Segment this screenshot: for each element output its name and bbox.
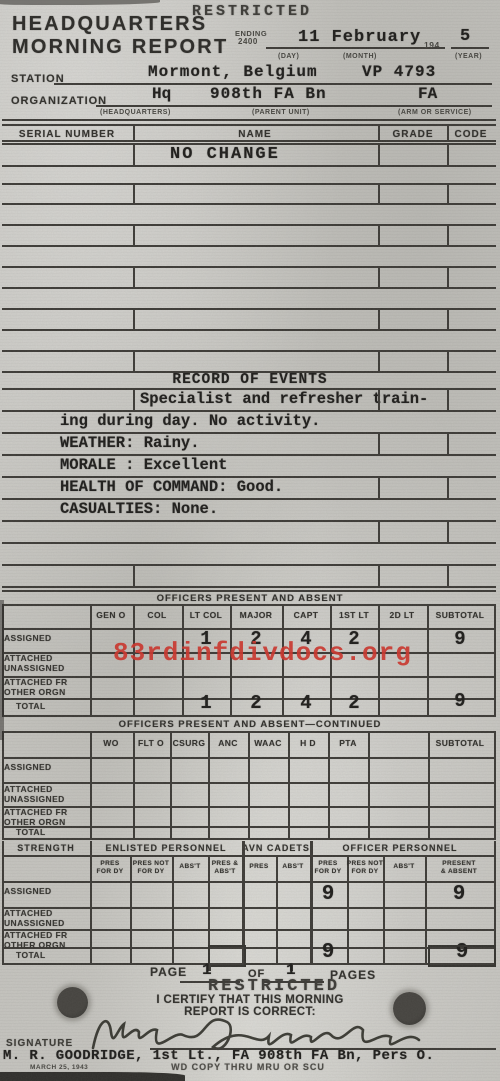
year-typed-field: 5 <box>460 27 470 46</box>
officers-col-lt-col: LT COL <box>190 611 222 620</box>
officers-col-col: COL <box>147 611 166 620</box>
org-arm-field: FA <box>418 85 437 103</box>
page-label: PAGE <box>150 965 187 979</box>
roster-entry: NO CHANGE <box>170 145 280 164</box>
officers-table-title: OFFICERS PRESENT AND ABSENT <box>157 593 344 604</box>
roster-col-serial: SERIAL NUMBER <box>19 129 115 140</box>
total-pres-abst-box <box>208 945 246 967</box>
roster-col-grade: GRADE <box>392 129 433 140</box>
officers-col-2d-lt: 2D LT <box>390 611 415 620</box>
form-title-line1: HEADQUARTERS <box>12 13 207 36</box>
enlisted-personnel-label: ENLISTED PERSONNEL <box>105 843 226 853</box>
org-parent-unit-field: 908th FA Bn <box>210 85 327 103</box>
total-subtotal-count: 9 <box>454 690 465 712</box>
events-line-1: Specialist and refresher train- <box>140 390 428 408</box>
roster-col-code: CODE <box>455 129 488 140</box>
scan-edge-bottom <box>0 1072 185 1081</box>
officers-row-assigned-label: ASSIGNED <box>4 634 52 644</box>
strength-assigned-off-pres-count: 9 <box>322 883 335 906</box>
officers-col-gen-o: GEN O <box>96 611 125 620</box>
officers2-col-flt-o: FLT O <box>138 739 164 748</box>
sub-col-enl-pres: PRES FOR DY <box>97 860 124 876</box>
strength-row-attached-label: ATTACHED UNASSIGNED <box>4 909 65 928</box>
officers2-row-assigned-label: ASSIGNED <box>4 763 52 773</box>
strength-row-total-label: TOTAL <box>16 951 46 961</box>
officers-col-capt: CAPT <box>294 611 319 620</box>
officers2-col-anc: ANC <box>218 739 238 748</box>
parent-unit-sublabel: (PARENT UNIT) <box>252 109 310 116</box>
officers-row-total-label: TOTAL <box>16 702 46 712</box>
year-printed: 194 <box>424 40 440 50</box>
assigned-subtotal-count: 9 <box>454 628 465 650</box>
strength-table: STRENGTH ENLISTED PERSONNEL AVN CADETS O… <box>0 841 500 968</box>
roster-col-name: NAME <box>238 129 271 140</box>
sub-col-off-pres-not: PRES NOT FOR DY <box>347 860 383 876</box>
form-title-line2: MORNING REPORT <box>12 36 228 59</box>
form-date: MARCH 25, 1943 <box>30 1064 88 1071</box>
events-line-3: WEATHER: Rainy. <box>60 434 200 452</box>
officer-personnel-label: OFFICER PERSONNEL <box>342 843 457 853</box>
total-major-count: 2 <box>250 692 261 714</box>
total-present-absent-box <box>428 945 496 967</box>
total-lt-col-count: 1 <box>200 692 211 714</box>
officers2-col-waac: WAAC <box>254 739 282 748</box>
day-label: (DAY) <box>278 53 299 60</box>
officers-col-major: MAJOR <box>240 611 273 620</box>
sub-col-enl-abst: ABS'T <box>179 863 200 871</box>
archive-watermark: 83rdinfdivdocs.org <box>113 638 412 668</box>
events-line-6: CASUALTIES: None. <box>60 500 218 518</box>
officers2-row-total-label: TOTAL <box>16 828 46 838</box>
officers2-col-csurg: CSURG <box>173 739 206 748</box>
sub-col-cadet-abst: ABS'T <box>282 863 303 871</box>
events-line-5: HEALTH OF COMMAND: Good. <box>60 478 283 496</box>
officers2-row-attached-fr-label: ATTACHED FR OTHER ORGN <box>4 808 68 827</box>
events-line-4: MORALE : Excellent <box>60 456 227 474</box>
officers-row-attached-fr-label: ATTACHED FR OTHER ORGN <box>4 678 68 697</box>
punch-hole-left <box>57 987 88 1018</box>
officers2-row-attached-label: ATTACHED UNASSIGNED <box>4 785 65 804</box>
avn-cadets-label: AVN CADETS <box>242 843 310 853</box>
arm-sublabel: (ARM OR SERVICE) <box>398 109 472 116</box>
restricted-stamp-top: RESTRICTED <box>192 3 312 20</box>
organization-label: ORGANIZATION <box>11 95 107 107</box>
ending-time: 2400 <box>238 37 258 46</box>
events-title: RECORD OF EVENTS <box>172 372 327 388</box>
officers-col-subtotal: SUBTOTAL <box>436 611 485 620</box>
officers-col-1st-lt: 1ST LT <box>339 611 369 620</box>
officers2-col-pta: PTA <box>339 739 357 748</box>
station-code-field: VP 4793 <box>362 63 436 81</box>
sub-col-off-abst: ABS'T <box>393 863 414 871</box>
officers-continued-table: OFFICERS PRESENT AND ABSENT—CONTINUED WO… <box>0 719 500 841</box>
copy-routing-note: WD COPY THRU MRU OR SCU <box>171 1062 325 1072</box>
strength-row-assigned-label: ASSIGNED <box>4 887 52 897</box>
total-1st-lt-count: 2 <box>348 692 359 714</box>
sub-col-off-present-absent: PRESENT & ABSENT <box>441 860 477 876</box>
sub-col-enl-pres-not: PRES NOT FOR DY <box>133 860 169 876</box>
headquarters-sublabel: (HEADQUARTERS) <box>100 109 171 116</box>
officers2-col-wo: WO <box>103 739 118 748</box>
scan-edge-top <box>0 0 160 5</box>
strength-label: STRENGTH <box>17 843 75 853</box>
officers2-col-subtotal: SUBTOTAL <box>436 739 485 748</box>
month-label: (MONTH) <box>343 53 377 60</box>
year-label: (YEAR) <box>455 53 482 60</box>
morning-report-document: RESTRICTED HEADQUARTERS MORNING REPORT E… <box>0 0 500 1081</box>
events-line-2: ing during day. No activity. <box>60 412 320 430</box>
sub-col-off-pres: PRES FOR DY <box>315 860 342 876</box>
strength-row-attached-fr-label: ATTACHED FR OTHER ORGN <box>4 931 68 950</box>
org-headquarters-field: Hq <box>152 85 171 103</box>
station-field: Mormont, Belgium <box>148 63 318 81</box>
sub-col-enl-pres-abst: PRES & ABS'T <box>212 860 239 876</box>
total-capt-count: 4 <box>300 692 311 714</box>
sub-col-cadet-pres: PRES <box>249 863 268 871</box>
date-day-month-field: 11 February <box>298 28 421 47</box>
strength-total-off-pres-count: 9 <box>322 941 335 964</box>
officers-continued-title: OFFICERS PRESENT AND ABSENT—CONTINUED <box>119 719 382 730</box>
strength-assigned-present-absent-count: 9 <box>453 883 466 906</box>
officers2-col-hd: H D <box>300 739 316 748</box>
officers-row-attached-label: ATTACHED UNASSIGNED <box>4 654 65 673</box>
